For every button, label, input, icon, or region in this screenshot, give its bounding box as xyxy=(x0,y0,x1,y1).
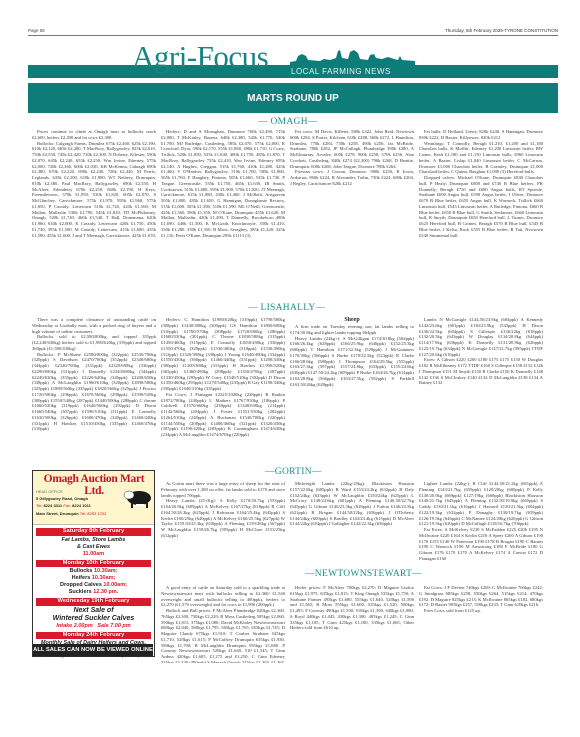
omagh-fat-cows: Fat cows: M Davis, Killeter, 580k £322, … xyxy=(290,129,414,169)
ad-phone: Tel: 8224 3311 Fax: 8224 1011 xyxy=(36,503,91,508)
ad-branch: Main Street, Drumquin Tel: 8283 1253 xyxy=(36,511,106,516)
lisahally-summary: Bullocks sold to £2,580/800kg and topped… xyxy=(32,334,156,351)
ad-schedule: Saturday 8th February Fat Lambs, Store L… xyxy=(33,525,154,658)
masthead-title: Agri-Focus xyxy=(132,42,268,72)
nts-heifers: Heifer prices: F McAleer 700kgs £2,270; … xyxy=(290,585,414,631)
cow-icon xyxy=(122,485,152,509)
omagh-fat-bulls: Fat bulls: D Holland, Urney, 820k £240, … xyxy=(419,129,543,141)
newtownstewart-col-3: Fat Cows: J F Devine 740kgs £269; C McIl… xyxy=(419,585,543,614)
ad-footer: ALL SALES CAN NOW BE VIEWED ONLINE xyxy=(33,644,153,656)
sale-date-1: Saturday 8th February xyxy=(36,528,151,536)
nts-intro: A good entry of cattle on Saturday sold … xyxy=(161,585,285,608)
omagh-intro: Prices continue to climb at Omagh mart a… xyxy=(32,129,156,141)
lisahally-intro: There was a complete clearance of outsta… xyxy=(32,317,156,334)
sale-date-4: Monday 24th February xyxy=(36,632,151,640)
lisahally-col-3: Sheep A firm trade on Tuesday evening sa… xyxy=(290,317,414,387)
page-number: Page 56 xyxy=(28,28,45,33)
page-header: Page 56 Thursday, 6th February 2025-TYRO… xyxy=(28,28,558,36)
sheep-heavy-lambs: Heavy Lambs (24kg+): S McGilligan £174/3… xyxy=(290,336,414,388)
sheep-heading: Sheep xyxy=(290,317,414,324)
gortin-fat-ewes: Fat Ewes: A McKelvey £230 S McFadden £22… xyxy=(419,527,543,562)
omagh-weanlings: Weanlings: T Connolly, Beragh £1,210, £1… xyxy=(419,141,543,176)
lisahally-fat-cows: Fat Cows: J Flanagan £2325/1020kg (228pp… xyxy=(161,392,285,437)
lisahally-heading: — LISAHALLY— xyxy=(248,303,325,313)
sale-date-2: Monday 10th February xyxy=(36,560,151,568)
nts-fries-cows: Fries Cows sold from £125 up. xyxy=(419,608,543,614)
gortin-midweight-lambs: Midweight Lambs (22kg-25kg): Blackiston … xyxy=(290,481,414,527)
ad-address: 5 Gillygooley Road, Omagh xyxy=(36,496,88,501)
omagh-col-1: Prices continue to climb at Omagh mart a… xyxy=(32,129,156,239)
ad-header: Omagh Auction Mart Ltd. HEAD OFFICE 5 Gi… xyxy=(33,471,154,525)
ad-head-office-label: HEAD OFFICE xyxy=(36,489,63,494)
dateline: Thursday, 6th February 2025-TYRONE CONST… xyxy=(445,28,558,33)
sale-date-3: Wednesday 19th February xyxy=(36,598,151,606)
nts-fat-cows: Fat Cows: J F Devine 740kgs £269; C McIl… xyxy=(419,585,543,608)
sheep-lambs: Lambs N McGonigle £144.50/23.9kg (604ppk… xyxy=(419,317,543,357)
omagh-col-3: Fat cows: M Davis, Killeter, 580k £322, … xyxy=(290,129,414,187)
sheep-ewes: Ewes: A Gibson £220 £200 £180 £175 £175 … xyxy=(419,357,543,386)
sheep-intro: A firm trade on Tuesday evening saw fat … xyxy=(290,324,414,336)
gortin-intro: At Gortin mart there was a large entry o… xyxy=(161,481,285,498)
newtownstewart-heading: —NEWTOWNSTEWART— xyxy=(305,569,422,579)
section-title: MARTS ROUND UP xyxy=(247,93,339,104)
omagh-dropped-calves: Dropped calves: Michael O'Kane, Drumquin… xyxy=(419,175,543,238)
newtownstewart-col-1: A good entry of cattle on Saturday sold … xyxy=(161,585,285,663)
omagh-col-2: Heifers: D and A Monaghan, Dunmore 760k … xyxy=(161,129,285,238)
farm-skyline-icon xyxy=(290,48,415,66)
newtownstewart-col-2: Heifer prices: F McAleer 700kgs £2,270; … xyxy=(290,585,414,631)
lisahally-heifers: Heifers: G Hamilton £1980/620kg (319ppk)… xyxy=(161,317,285,392)
nts-bullocks: Bullock and Bull prices: F McAleer Plumb… xyxy=(161,608,285,663)
masthead: Agri-Focus LOCAL FARMING NEWS xyxy=(28,40,558,78)
gortin-heavy-lambs: Heavy Lambs (25+Kg): S Kelly £170/30.7kg… xyxy=(161,498,285,538)
omagh-col-4: Fat bulls: D Holland, Urney, 820k £240, … xyxy=(419,129,543,238)
masthead-subtitle: LOCAL FARMING NEWS xyxy=(291,67,391,76)
lisahally-col-4: Lambs N McGonigle £144.50/23.9kg (604ppk… xyxy=(419,317,543,386)
gortin-col-2: Midweight Lambs (22kg-25kg): Blackiston … xyxy=(290,481,414,527)
gortin-lighter-lambs: Lighter Lambs (22kg-): R Cliff £144.50/2… xyxy=(419,481,543,527)
lisahally-col-1: There was a complete clearance of outsta… xyxy=(32,317,156,432)
lisahally-col-2: Heifers: G Hamilton £1980/620kg (319ppk)… xyxy=(161,317,285,437)
omagh-heading: — OMAGH— xyxy=(258,117,318,127)
gortin-col-3: Lighter Lambs (22kg-): R Cliff £144.50/2… xyxy=(419,481,543,562)
lisahally-bullocks: Bullocks: P McShane £2580/800kg (322ppk)… xyxy=(32,352,156,433)
omagh-auction-mart-ad: Omagh Auction Mart Ltd. HEAD OFFICE 5 Gi… xyxy=(32,470,155,657)
omagh-friesian-cows: Friesian cows: J Curran, Dromore, 900k £… xyxy=(290,169,414,186)
section-banner: MARTS ROUND UP xyxy=(28,83,558,113)
omagh-heifers: Heifers: D and A Monaghan, Dunmore 760k … xyxy=(161,129,285,238)
omagh-bullocks: Bullocks: Calgragh Farms, Drumlea 675k £… xyxy=(32,141,156,239)
gortin-heading: —GORTIN— xyxy=(265,467,322,477)
gortin-col-1: At Gortin mart there was a large entry o… xyxy=(161,481,285,539)
